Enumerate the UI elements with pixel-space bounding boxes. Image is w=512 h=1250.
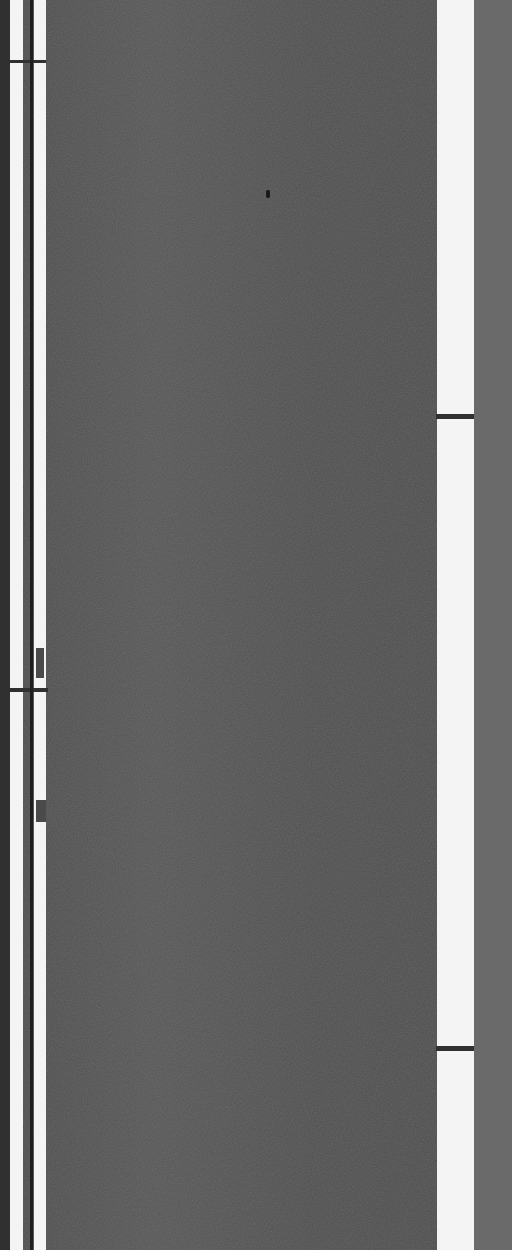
left-seam: [8, 688, 48, 692]
left-inner-lane-line: [34, 0, 46, 1250]
asphalt-texture: [0, 0, 512, 1250]
right-edge-lane-line: [437, 0, 474, 1250]
pavement-crack: [30, 0, 33, 1250]
pavement-spot: [266, 190, 270, 198]
right-seam: [436, 414, 474, 419]
left-shoulder: [0, 0, 10, 1250]
line-wear-gap: [36, 800, 46, 822]
left-seam: [8, 60, 46, 63]
left-outer-lane-line: [10, 0, 23, 1250]
line-wear-gap: [36, 648, 44, 678]
right-shoulder: [474, 0, 512, 1250]
road-photo: [0, 0, 512, 1250]
right-seam: [436, 1046, 474, 1051]
